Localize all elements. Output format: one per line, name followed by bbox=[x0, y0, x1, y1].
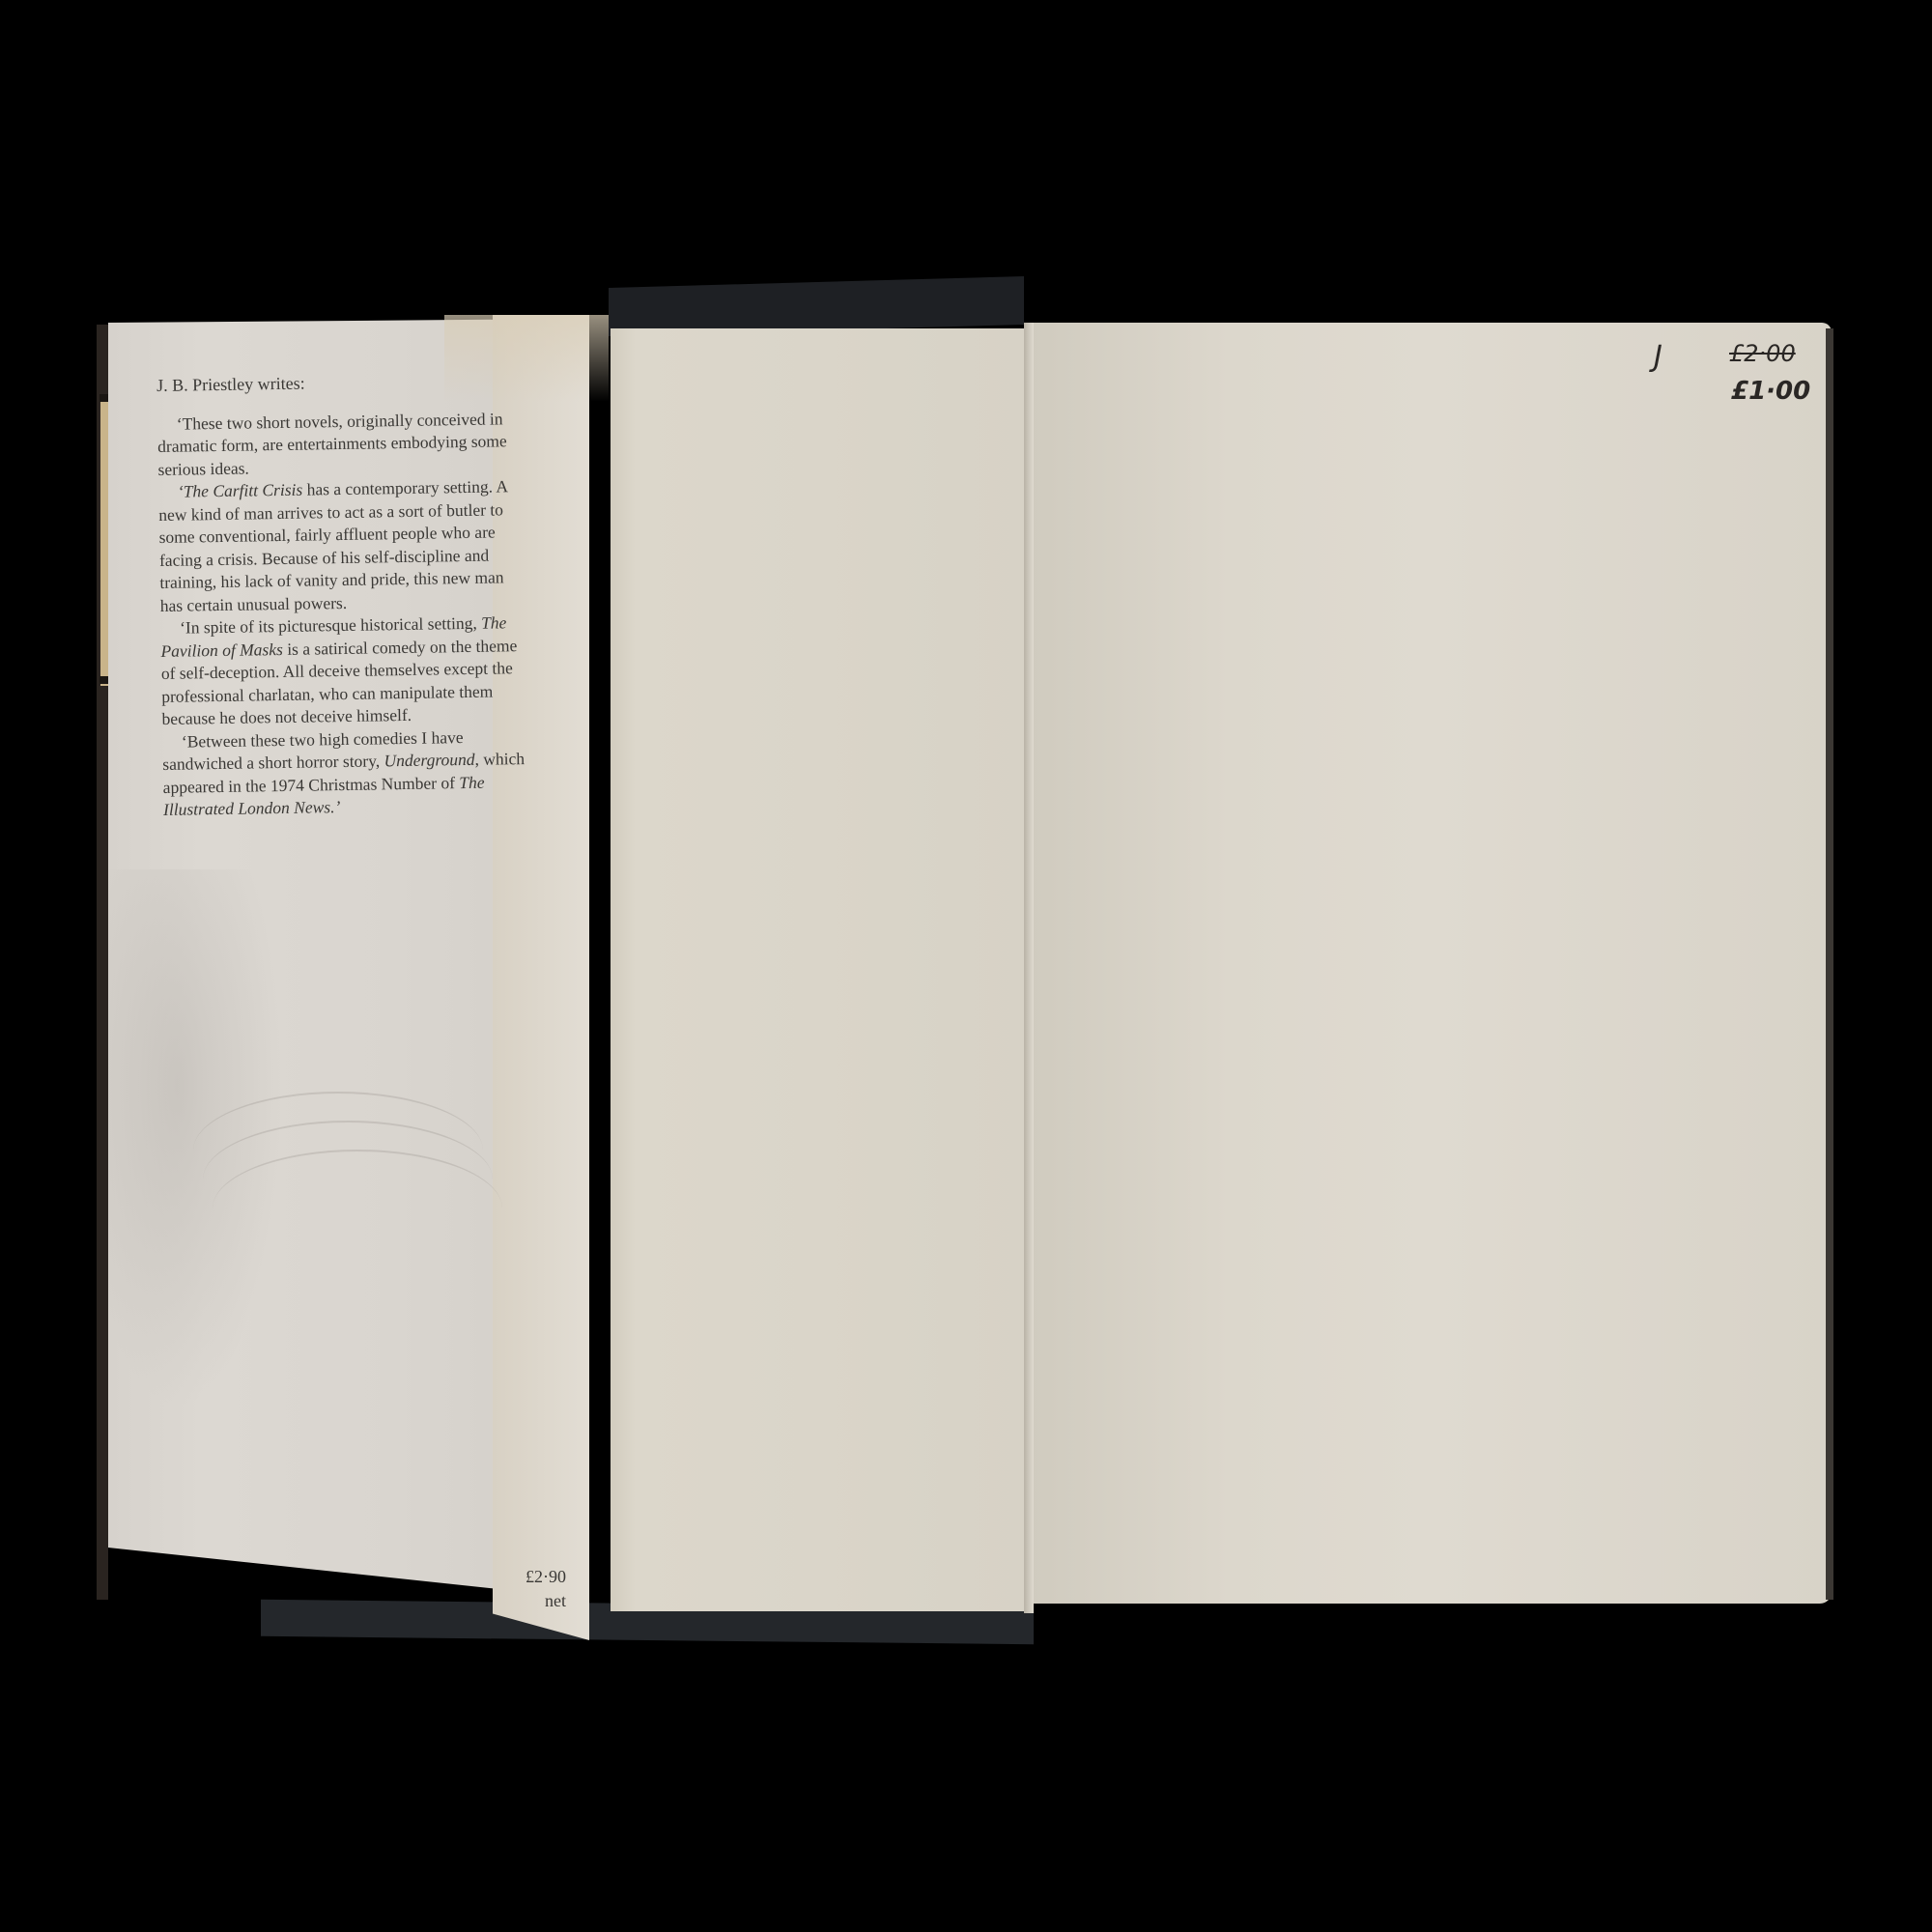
flyleaf-page bbox=[1030, 323, 1832, 1604]
blurb-heading: J. B. Priestley writes: bbox=[156, 369, 524, 397]
blurb-paragraph: ‘In spite of its picturesque historical … bbox=[160, 611, 529, 730]
blurb-text: ‘These two short novels, originally conc… bbox=[157, 409, 507, 479]
book-board-top-edge bbox=[609, 276, 1024, 336]
printed-price: £2·90 net bbox=[514, 1565, 566, 1613]
book-photo: J £2·00 £1·00 J. B. Priestley writes: ‘T… bbox=[0, 0, 1932, 1932]
pencil-old-price: £2·00 bbox=[1729, 340, 1796, 367]
jacket-blurb: J. B. Priestley writes: ‘These two short… bbox=[156, 369, 530, 821]
jacket-spine-strip bbox=[100, 396, 108, 686]
spine-mark-top bbox=[99, 394, 109, 402]
price-value: £2·90 bbox=[514, 1565, 566, 1589]
blurb-text: ‘In spite of its picturesque historical … bbox=[180, 613, 481, 638]
pencil-initial: J bbox=[1654, 340, 1662, 374]
price-note: net bbox=[514, 1589, 566, 1613]
endpaper bbox=[611, 328, 1026, 1611]
flyleaf-edge bbox=[1826, 328, 1833, 1600]
blurb-title-underground: Underground bbox=[384, 750, 474, 770]
blurb-paragraph: ‘These two short novels, originally conc… bbox=[157, 408, 526, 481]
blurb-paragraph: ‘Between these two high comedies I have … bbox=[162, 724, 530, 821]
gutter bbox=[1024, 323, 1034, 1613]
blurb-paragraph: ‘The Carfitt Crisis has a contemporary s… bbox=[158, 475, 527, 617]
jacket-crease bbox=[213, 1150, 502, 1267]
blurb-title-carfitt-crisis: ‘The Carfitt Crisis bbox=[178, 480, 303, 501]
pencil-new-price: £1·00 bbox=[1731, 377, 1810, 406]
spine-mark-bottom bbox=[99, 676, 109, 684]
